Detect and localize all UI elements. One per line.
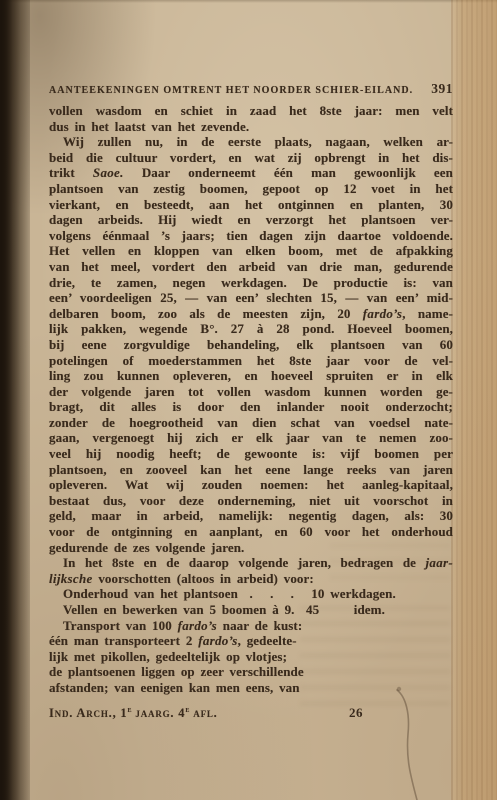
page-content: AANTEEKENINGEN OMTRENT HET NOORDER SCHIE…	[49, 81, 453, 723]
text-line: lijk met pikollen, gedeeltelijk op vlotj…	[49, 649, 453, 665]
text-line: vierkant, en besteedt, aan het ontginnen…	[49, 197, 453, 213]
text-line: dus in het laatst van het zevende.	[49, 119, 453, 135]
body-text: vollen wasdom en schiet in zaad het 8ste…	[49, 103, 453, 696]
running-title: AANTEEKENINGEN OMTRENT HET NOORDER SCHIE…	[49, 85, 413, 96]
sheet-number: 26	[349, 705, 363, 721]
text-line: gaan, vergenoegt hij zich er elk jaar va…	[49, 430, 453, 446]
text-line: Het vellen en kloppen van elken boom, me…	[49, 243, 453, 259]
text-line: bragt, dit alles is door den inlander no…	[49, 399, 453, 415]
text-line: geld, maar in arbeid, namelijk: negentig…	[49, 508, 453, 524]
text-line: In het 8ste en de daarop volgende jaren,…	[49, 555, 453, 571]
text-line: zonder de hoegrootheid van dien schat va…	[49, 415, 453, 431]
text-line: bij eene zorgvuldige behandeling, elk pl…	[49, 337, 453, 353]
text-line: lijk pakken, wegende B°. 27 à 28 pond. H…	[49, 321, 453, 337]
text-line: Transport van 100 fardo’s naar de kust:	[49, 618, 453, 634]
text-line: Wij zullen nu, in de eerste plaats, naga…	[49, 134, 453, 150]
text-line: dagen arbeids. Hij wiedt en verzorgt het…	[49, 212, 453, 228]
text-line: volgens éénmaal ’s jaars; tien dagen zij…	[49, 228, 453, 244]
text-line: drie, te zamen, negen werkdagen. De prod…	[49, 275, 453, 291]
text-line: plantsoen, en zooveel kan het eene lange…	[49, 462, 453, 478]
text-line: der volgende jaren tot vollen wasdom kun…	[49, 384, 453, 400]
text-line: Onderhoud van het plantsoen . . . 10 wer…	[49, 586, 453, 602]
issue-signature: Ind. Arch., 1e jaarg. 4e afl.	[49, 706, 218, 720]
text-line: potelingen of moederstammen het 8ste jaa…	[49, 353, 453, 369]
book-gutter-shadow	[0, 0, 30, 800]
text-line: veel hij noodig heeft; de gewoonte is: v…	[49, 446, 453, 462]
text-line: delbaren boom, zoo als de meesten zijn, …	[49, 306, 453, 322]
text-line: voor de ontginning en aanplant, en 60 vo…	[49, 524, 453, 540]
page-number: 391	[431, 81, 453, 97]
text-line: opleveren. Wat wij zouden noemen: het aa…	[49, 477, 453, 493]
text-line: één man transporteert 2 fardo’s, gedeelt…	[49, 633, 453, 649]
text-line: ling zou kunnen opleveren, en hoeveel sp…	[49, 368, 453, 384]
text-line: gedurende de zes volgende jaren.	[49, 540, 453, 556]
text-line: beid die cultuur vordert, en wat zij opb…	[49, 150, 453, 166]
page-footer: Ind. Arch., 1e jaarg. 4e afl. 26	[49, 705, 453, 723]
scanned-book-page: { "colors": { "paper": "#c9b596", "ink":…	[0, 0, 497, 800]
text-line: bestaat dus, voor deze onderneming, niet…	[49, 493, 453, 509]
text-line: Vellen en bewerken van 5 boomen à 9. 45 …	[49, 602, 453, 618]
page-top-edge-shadow	[0, 0, 497, 3]
text-line: trikt Saoe. Daar onderneemt één man gewo…	[49, 165, 453, 181]
text-line: van het meel, vordert den arbeid van dri…	[49, 259, 453, 275]
text-line: een’ voordeeligen 25, — van een’ slechte…	[49, 290, 453, 306]
text-line: vollen wasdom en schiet in zaad het 8ste…	[49, 103, 453, 119]
page-header: AANTEEKENINGEN OMTRENT HET NOORDER SCHIE…	[49, 81, 453, 102]
text-line: lijksche voorschotten (altoos in arbeid)…	[49, 571, 453, 587]
text-line: afstanden; van eenigen kan men eens, van	[49, 680, 453, 696]
text-line: de plantsoenen liggen op zeer verschille…	[49, 664, 453, 680]
book-fore-edge	[451, 0, 497, 800]
text-line: plantsoen van zestig boomen, gepoot op 1…	[49, 181, 453, 197]
